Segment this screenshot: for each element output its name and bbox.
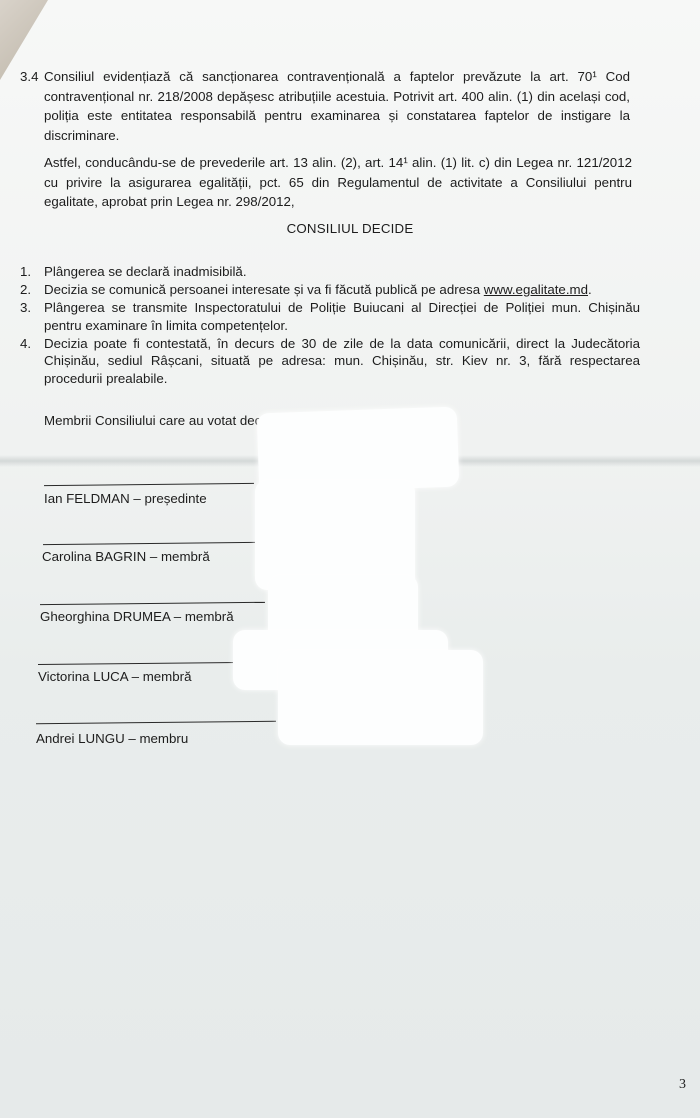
signature-line — [36, 721, 276, 725]
redaction-block — [278, 650, 483, 745]
signature-line — [43, 542, 258, 545]
legal-basis-paragraph: Astfel, conducându-se de prevederile art… — [44, 153, 632, 212]
item-number: 2. — [20, 281, 31, 299]
signatory-name: Victorina LUCA – membră — [38, 669, 191, 684]
signatory-name: Carolina BAGRIN – membră — [42, 549, 210, 564]
decision-item: 2. Decizia se comunică persoanei interes… — [20, 281, 640, 299]
section-text: Consiliul evidențiază că sancționarea co… — [44, 67, 630, 145]
item-text: Decizia poate fi contestată, în decurs d… — [44, 336, 640, 386]
signature-line — [44, 483, 254, 486]
signatory-name: Ian FELDMAN – președinte — [44, 491, 207, 506]
section-number: 3.4 — [20, 67, 39, 87]
item-number: 3. — [20, 299, 31, 317]
item-text-end: . — [588, 282, 592, 297]
signatory-name: Gheorghina DRUMEA – membră — [40, 609, 234, 624]
redaction-block — [255, 480, 415, 590]
decision-heading: CONSILIUL DECIDE — [0, 221, 700, 236]
signatory-name: Andrei LUNGU – membru — [36, 731, 188, 746]
decision-item: 1. Plângerea se declară inadmisibilă. — [20, 263, 640, 281]
members-intro: Membrii Consiliului care au votat decizi… — [44, 413, 285, 428]
item-number: 4. — [20, 335, 31, 353]
signature-line — [38, 662, 238, 665]
decision-item: 3. Plângerea se transmite Inspectoratulu… — [20, 299, 640, 334]
website-link[interactable]: www.egalitate.md — [484, 282, 588, 297]
item-text: Plângerea se transmite Inspectoratului d… — [44, 300, 640, 333]
section-3-4: 3.4 Consiliul evidențiază că sancționare… — [20, 67, 630, 145]
item-number: 1. — [20, 263, 31, 281]
signature-line — [40, 602, 265, 605]
decision-list: 1. Plângerea se declară inadmisibilă. 2.… — [20, 263, 640, 388]
page-number: 3 — [679, 1077, 686, 1093]
decision-item: 4. Decizia poate fi contestată, în decur… — [20, 335, 640, 388]
item-text: Decizia se comunică persoanei interesate… — [44, 282, 484, 297]
item-text: Plângerea se declară inadmisibilă. — [44, 264, 247, 279]
